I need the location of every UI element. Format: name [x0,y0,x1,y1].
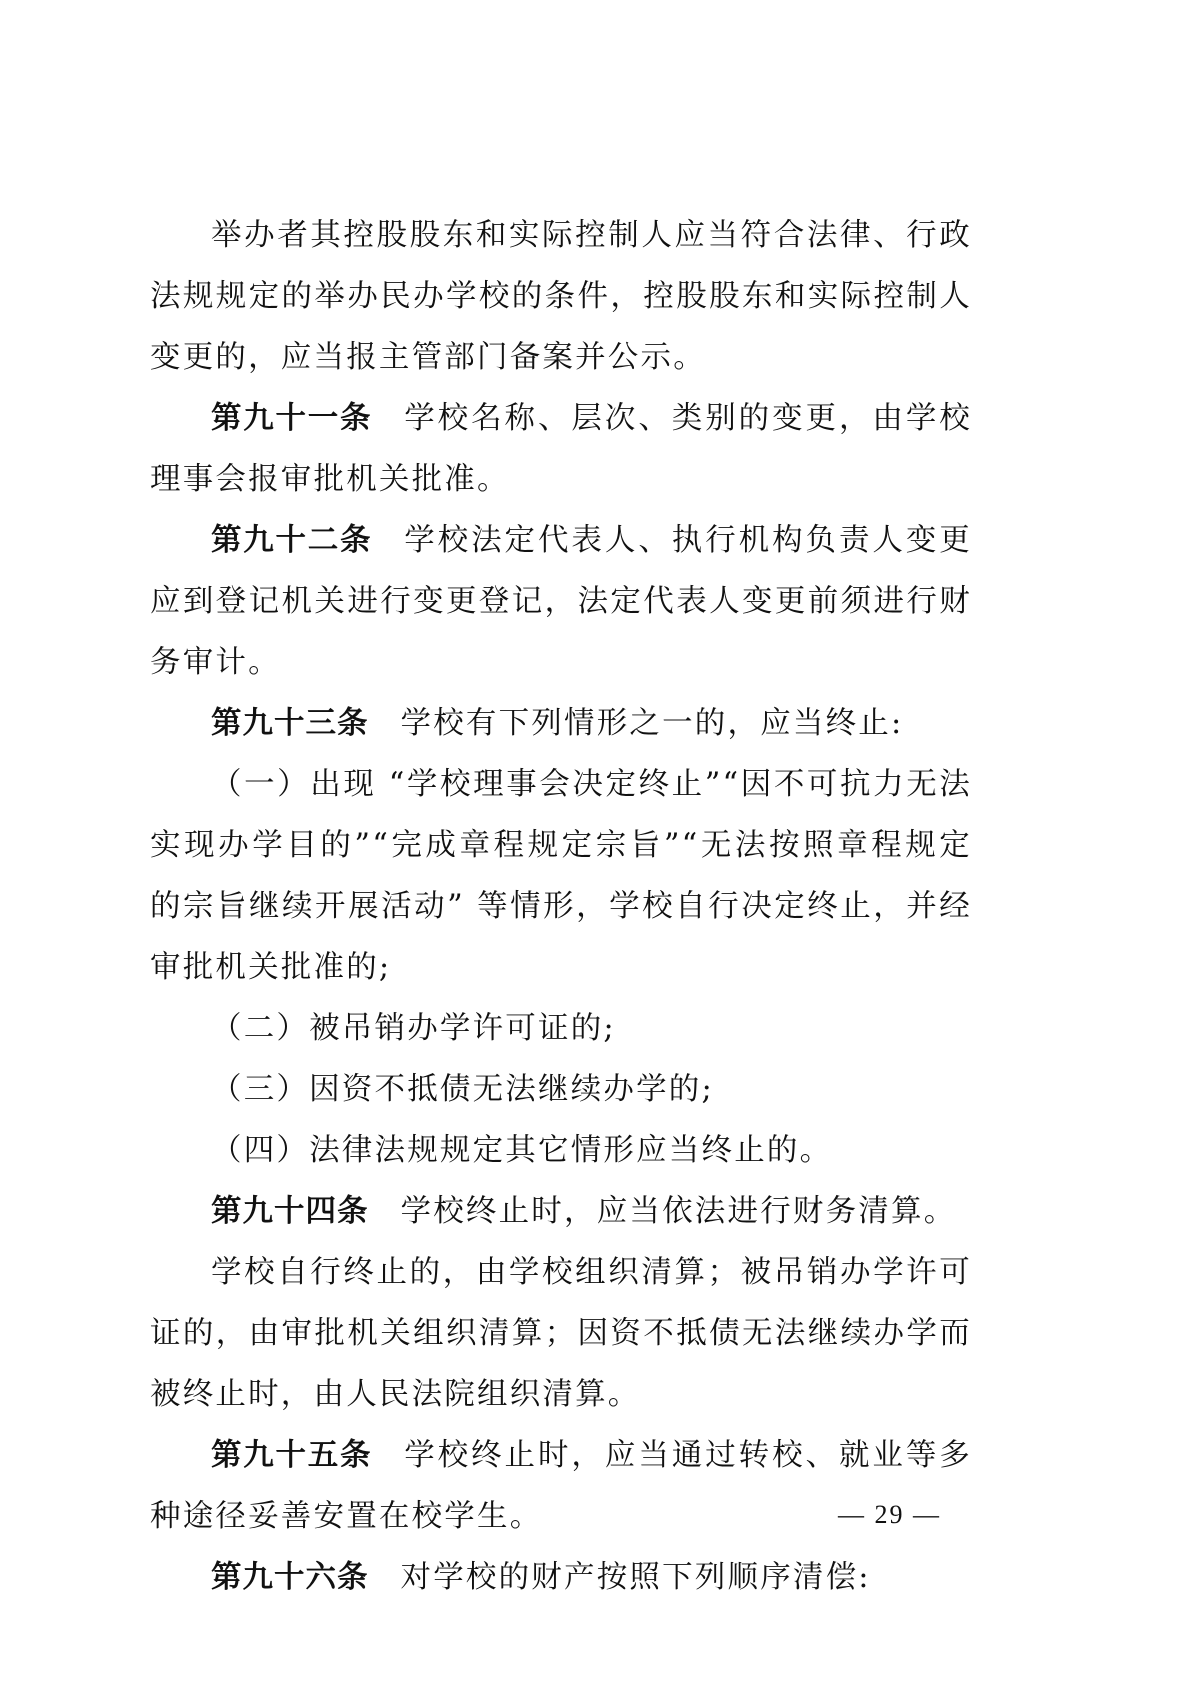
paragraph-shareholder-change: 举办者其控股股东和实际控制人应当符合法律、行政法规规定的举办民办学校的条件，控股… [150,205,972,388]
list-item-text: （一）出现 “学校理事会决定终止”“因不可抗力无法实现办学目的”“完成章程规定宗… [150,767,972,985]
article-number: 第九十四条 [211,1194,369,1229]
article-94: 第九十四条学校终止时，应当依法进行财务清算。 [150,1181,972,1242]
list-item-text: （四）法律法规规定其它情形应当终止的。 [211,1133,832,1168]
list-item-1: （一）出现 “学校理事会决定终止”“因不可抗力无法实现办学目的”“完成章程规定宗… [150,754,972,998]
article-text: 学校终止时，应当依法进行财务清算。 [401,1194,957,1229]
list-item-4: （四）法律法规规定其它情形应当终止的。 [150,1120,972,1181]
paragraph-text: 学校自行终止的，由学校组织清算；被吊销办学许可证的，由审批机关组织清算；因资不抵… [150,1255,972,1412]
article-number: 第九十六条 [211,1560,369,1595]
article-number: 第九十一条 [211,401,372,436]
article-text: 对学校的财产按照下列顺序清偿: [401,1560,871,1595]
paragraph-liquidation: 学校自行终止的，由学校组织清算；被吊销办学许可证的，由审批机关组织清算；因资不抵… [150,1242,972,1425]
article-number: 第九十三条 [211,706,369,741]
document-page-body: 举办者其控股股东和实际控制人应当符合法律、行政法规规定的举办民办学校的条件，控股… [150,205,972,1608]
list-item-2: （二）被吊销办学许可证的; [150,998,972,1059]
article-91: 第九十一条学校名称、层次、类别的变更，由学校理事会报审批机关批准。 [150,388,972,510]
list-item-text: （三）因资不抵债无法继续办学的; [211,1072,714,1107]
list-item-text: （二）被吊销办学许可证的; [211,1011,616,1046]
article-number: 第九十五条 [211,1438,372,1473]
paragraph-text: 举办者其控股股东和实际控制人应当符合法律、行政法规规定的举办民办学校的条件，控股… [150,218,972,375]
list-item-3: （三）因资不抵债无法继续办学的; [150,1059,972,1120]
article-96: 第九十六条对学校的财产按照下列顺序清偿: [150,1547,972,1608]
article-number: 第九十二条 [211,523,372,558]
article-92: 第九十二条学校法定代表人、执行机构负责人变更应到登记机关进行变更登记，法定代表人… [150,510,972,693]
article-93: 第九十三条学校有下列情形之一的，应当终止: [150,693,972,754]
page-number: — 29 — [838,1500,941,1530]
article-text: 学校有下列情形之一的，应当终止: [401,706,904,741]
